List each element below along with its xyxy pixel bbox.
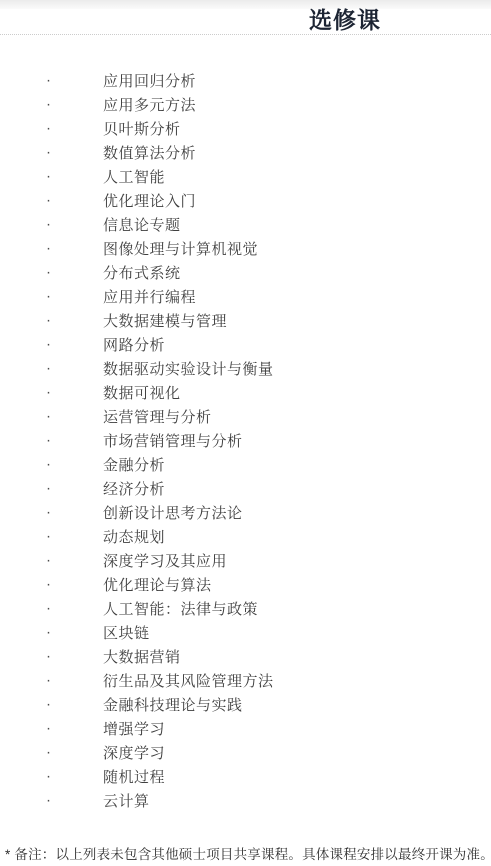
list-item: · 应用并行编程 [0, 284, 491, 308]
course-name: 贝叶斯分析 [103, 118, 181, 139]
course-name: 优化理论与算法 [103, 574, 212, 595]
bullet-icon: · [46, 721, 51, 736]
bullet-icon: · [46, 769, 51, 784]
list-item: · 区块链 [0, 620, 491, 644]
bullet-icon: · [46, 145, 51, 160]
bullet-icon: · [46, 409, 51, 424]
course-name: 图像处理与计算机视觉 [103, 238, 258, 259]
course-name: 随机过程 [103, 766, 165, 787]
bullet-icon: · [46, 481, 51, 496]
list-item: · 图像处理与计算机视觉 [0, 236, 491, 260]
course-name: 分布式系统 [103, 262, 181, 283]
course-name: 网路分析 [103, 334, 165, 355]
course-name: 增强学习 [103, 718, 165, 739]
top-shadow-band [0, 0, 491, 9]
course-name: 应用回归分析 [103, 70, 196, 91]
bullet-icon: · [46, 337, 51, 352]
course-name: 动态规划 [103, 526, 165, 547]
course-name: 人工智能 [103, 166, 165, 187]
course-name: 大数据营销 [103, 646, 181, 667]
bullet-icon: · [46, 193, 51, 208]
course-name: 金融分析 [103, 454, 165, 475]
list-item: · 分布式系统 [0, 260, 491, 284]
list-item: · 大数据建模与管理 [0, 308, 491, 332]
course-name: 优化理论入门 [103, 190, 196, 211]
list-item: · 应用多元方法 [0, 92, 491, 116]
list-item: · 动态规划 [0, 524, 491, 548]
bullet-icon: · [46, 289, 51, 304]
list-item: · 贝叶斯分析 [0, 116, 491, 140]
list-item: · 数据驱动实验设计与衡量 [0, 356, 491, 380]
course-name: 深度学习 [103, 742, 165, 763]
list-item: · 应用回归分析 [0, 68, 491, 92]
course-name: 深度学习及其应用 [103, 550, 227, 571]
list-item: · 运营管理与分析 [0, 404, 491, 428]
bullet-icon: · [46, 625, 51, 640]
bullet-icon: · [46, 649, 51, 664]
list-item: · 衍生品及其风险管理方法 [0, 668, 491, 692]
bullet-icon: · [46, 697, 51, 712]
list-item: · 人工智能 [0, 164, 491, 188]
list-item: · 优化理论入门 [0, 188, 491, 212]
bullet-icon: · [46, 385, 51, 400]
course-name: 人工智能：法律与政策 [103, 598, 258, 619]
list-item: · 深度学习 [0, 740, 491, 764]
list-item: · 金融分析 [0, 452, 491, 476]
course-name: 云计算 [103, 790, 150, 811]
course-list: · 应用回归分析 · 应用多元方法 · 贝叶斯分析 · 数值算法分析 · 人工智… [0, 68, 491, 812]
list-item: · 优化理论与算法 [0, 572, 491, 596]
bullet-icon: · [46, 529, 51, 544]
bullet-icon: · [46, 793, 51, 808]
list-item: · 网路分析 [0, 332, 491, 356]
course-name: 应用多元方法 [103, 94, 196, 115]
footnote: * 备注：以上列表未包含其他硕士项目共享课程。具体课程安排以最终开课为准。 [5, 843, 489, 863]
bullet-icon: · [46, 745, 51, 760]
bullet-icon: · [46, 313, 51, 328]
course-name: 衍生品及其风险管理方法 [103, 670, 274, 691]
bullet-icon: · [46, 97, 51, 112]
course-name: 运营管理与分析 [103, 406, 212, 427]
list-item: · 深度学习及其应用 [0, 548, 491, 572]
course-name: 数据驱动实验设计与衡量 [103, 358, 274, 379]
course-name: 市场营销管理与分析 [103, 430, 243, 451]
bullet-icon: · [46, 553, 51, 568]
course-name: 经济分析 [103, 478, 165, 499]
list-item: · 信息论专题 [0, 212, 491, 236]
bullet-icon: · [46, 673, 51, 688]
list-item: · 市场营销管理与分析 [0, 428, 491, 452]
bullet-icon: · [46, 217, 51, 232]
list-item: · 数值算法分析 [0, 140, 491, 164]
list-item: · 经济分析 [0, 476, 491, 500]
bullet-icon: · [46, 361, 51, 376]
bullet-icon: · [46, 457, 51, 472]
course-name: 数据可视化 [103, 382, 181, 403]
list-item: · 人工智能：法律与政策 [0, 596, 491, 620]
section-divider [0, 34, 491, 35]
list-item: · 大数据营销 [0, 644, 491, 668]
list-item: · 创新设计思考方法论 [0, 500, 491, 524]
bullet-icon: · [46, 121, 51, 136]
course-name: 金融科技理论与实践 [103, 694, 243, 715]
list-item: · 随机过程 [0, 764, 491, 788]
course-name: 信息论专题 [103, 214, 181, 235]
bullet-icon: · [46, 169, 51, 184]
bullet-icon: · [46, 505, 51, 520]
list-item: · 增强学习 [0, 716, 491, 740]
bullet-icon: · [46, 577, 51, 592]
page-title: 选修课 [309, 2, 381, 35]
bullet-icon: · [46, 73, 51, 88]
course-name: 大数据建模与管理 [103, 310, 227, 331]
course-name: 数值算法分析 [103, 142, 196, 163]
list-item: · 金融科技理论与实践 [0, 692, 491, 716]
list-item: · 数据可视化 [0, 380, 491, 404]
bullet-icon: · [46, 433, 51, 448]
course-name: 应用并行编程 [103, 286, 196, 307]
bullet-icon: · [46, 241, 51, 256]
bullet-icon: · [46, 601, 51, 616]
course-name: 区块链 [103, 622, 150, 643]
list-item: · 云计算 [0, 788, 491, 812]
course-name: 创新设计思考方法论 [103, 502, 243, 523]
bullet-icon: · [46, 265, 51, 280]
